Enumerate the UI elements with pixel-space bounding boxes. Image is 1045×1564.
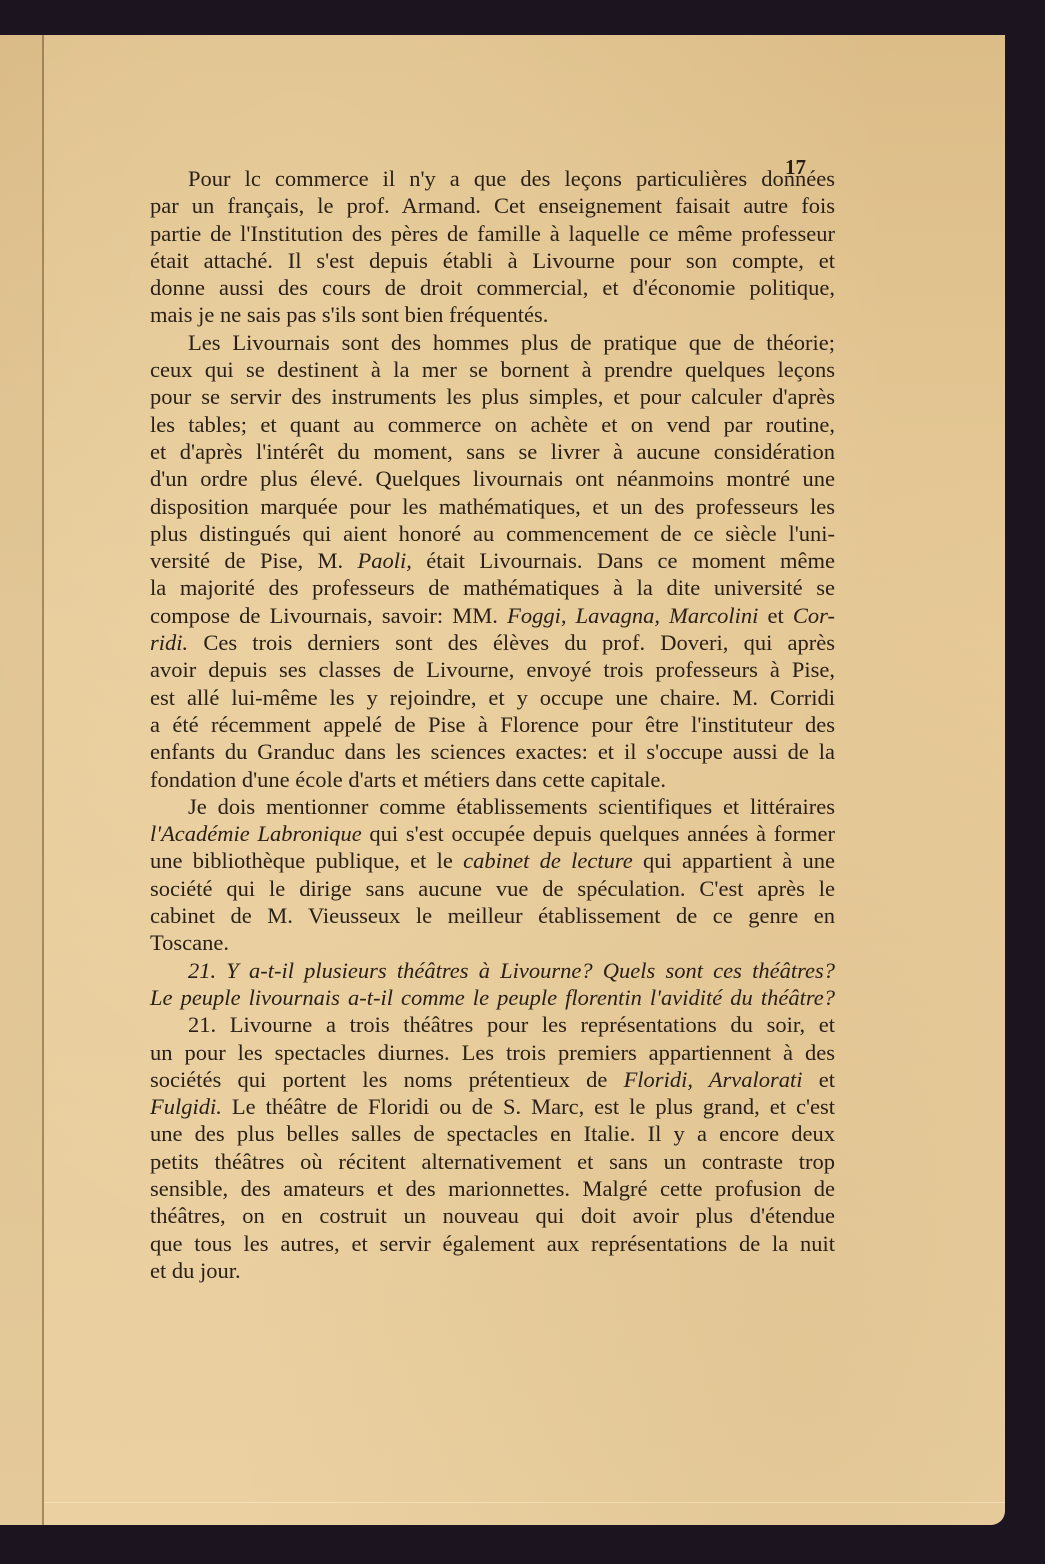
text-line: avoir depuis ses classes de Livourne, en…	[150, 656, 835, 683]
text-line: enfants du Granduc dans les sciences exa…	[150, 738, 835, 765]
text-line: petits théâtres où récitent alternativem…	[150, 1148, 835, 1175]
text-line: 21. Livourne a trois théâtres pour les r…	[150, 1011, 835, 1038]
text-line: compose de Livournais, savoir: MM. Foggi…	[150, 602, 835, 629]
italic-name: l'Académie Labronique	[150, 821, 362, 846]
text-line: cabinet de M. Vieusseux le meilleur étab…	[150, 902, 835, 929]
text-line: une des plus belles salles de spectacles…	[150, 1120, 835, 1147]
text-run: et	[803, 1067, 835, 1092]
text-line: Toscane.	[150, 929, 835, 956]
text-line: une bibliothèque publique, et le cabinet…	[150, 847, 835, 874]
text-line: était attaché. Il s'est depuis établi à …	[150, 247, 835, 274]
text-line: est allé lui-même les y rejoindre, et y …	[150, 684, 835, 711]
text-run: sociétés qui portent les noms prétentieu…	[150, 1067, 624, 1092]
answer-21: 21. Livourne a trois théâtres pour les r…	[150, 1011, 835, 1284]
paragraph-academie: Je dois mentionner comme établissements …	[150, 793, 835, 957]
text-line: mais je ne sais pas s'ils sont bien fréq…	[150, 301, 835, 328]
text-line: et d'après l'intérêt du moment, sans se …	[150, 438, 835, 465]
page-bottom-crease	[44, 1502, 1005, 1503]
text-line: la majorité des professeurs de mathémati…	[150, 574, 835, 601]
text-run: était Livournais. Dans ce moment même	[412, 548, 835, 573]
text-line: Fulgidi. Le théâtre de Floridi ou de S. …	[150, 1093, 835, 1120]
text-run: une bibliothèque publique, et le	[150, 848, 463, 873]
text-line: d'un ordre plus élevé. Quelques livourna…	[150, 465, 835, 492]
text-run: versité de Pise, M.	[150, 548, 358, 573]
italic-name: Floridi, Arvalorati	[624, 1067, 803, 1092]
text-line: pour se servir des instruments les plus …	[150, 383, 835, 410]
text-line: théâtres, on en costruit un nouveau qui …	[150, 1202, 835, 1229]
text-line: versité de Pise, M. Paoli, était Livourn…	[150, 547, 835, 574]
italic-name: ridi.	[150, 630, 188, 655]
text-line: Je dois mentionner comme établissements …	[150, 793, 835, 820]
text-line: les tables; et quant au commerce on achè…	[150, 411, 835, 438]
paragraph-livournais: Les Livournais sont des hommes plus de p…	[150, 329, 835, 793]
text-line: ridi. Ces trois derniers sont des élèves…	[150, 629, 835, 656]
text-line: a été récemment appelé de Pise à Florenc…	[150, 711, 835, 738]
body-text: Pour lc commerce il n'y a que des leçons…	[150, 165, 835, 1284]
text-line: que tous les autres, et servir également…	[150, 1230, 835, 1257]
text-line: donne aussi des cours de droit commercia…	[150, 274, 835, 301]
text-line: Pour lc commerce il n'y a que des leçons…	[150, 165, 835, 192]
text-line: l'Académie Labronique qui s'est occupée …	[150, 820, 835, 847]
text-line: sociétés qui portent les noms prétentieu…	[150, 1066, 835, 1093]
question-21: 21. Y a-t-il plusieurs théâtres à Livour…	[150, 957, 835, 1012]
text-line: Les Livournais sont des hommes plus de p…	[150, 329, 835, 356]
text-run: compose de Livournais, savoir: MM.	[150, 603, 507, 628]
italic-name: Fulgidi.	[150, 1094, 222, 1119]
text-line: plus distingués qui aient honoré au comm…	[150, 520, 835, 547]
italic-name: Paoli,	[358, 548, 412, 573]
text-line: un pour les spectacles diurnes. Les troi…	[150, 1039, 835, 1066]
text-run: Ces trois derniers sont des élèves du pr…	[188, 630, 835, 655]
text-line: et du jour.	[150, 1257, 835, 1284]
page-fold-line	[42, 35, 44, 1525]
text-line: par un français, le prof. Armand. Cet en…	[150, 192, 835, 219]
italic-name: Foggi, Lavagna, Marcolini	[507, 603, 758, 628]
text-line: ceux qui se destinent à la mer se bornen…	[150, 356, 835, 383]
fold-shadow	[0, 35, 42, 1525]
text-run: qui appartient à une	[633, 848, 835, 873]
question-line: Le peuple livournais a-t-il comme le peu…	[150, 984, 835, 1011]
text-line: sensible, des amateurs et des marionnett…	[150, 1175, 835, 1202]
italic-name: cabinet de lecture	[463, 848, 633, 873]
question-line: 21. Y a-t-il plusieurs théâtres à Livour…	[150, 957, 835, 984]
text-line: disposition marquée pour les mathématiqu…	[150, 493, 835, 520]
text-run: Le théâtre de Floridi ou de S. Marc, est…	[222, 1094, 835, 1119]
paragraph-commerce: Pour lc commerce il n'y a que des leçons…	[150, 165, 835, 329]
text-line: société qui le dirige sans aucune vue de…	[150, 875, 835, 902]
italic-name: Cor-	[793, 603, 835, 628]
text-line: partie de l'Institution des pères de fam…	[150, 220, 835, 247]
text-run: qui s'est occupée depuis quelques années…	[362, 821, 835, 846]
text-run: et	[758, 603, 793, 628]
text-line: fondation d'une école d'arts et métiers …	[150, 766, 835, 793]
